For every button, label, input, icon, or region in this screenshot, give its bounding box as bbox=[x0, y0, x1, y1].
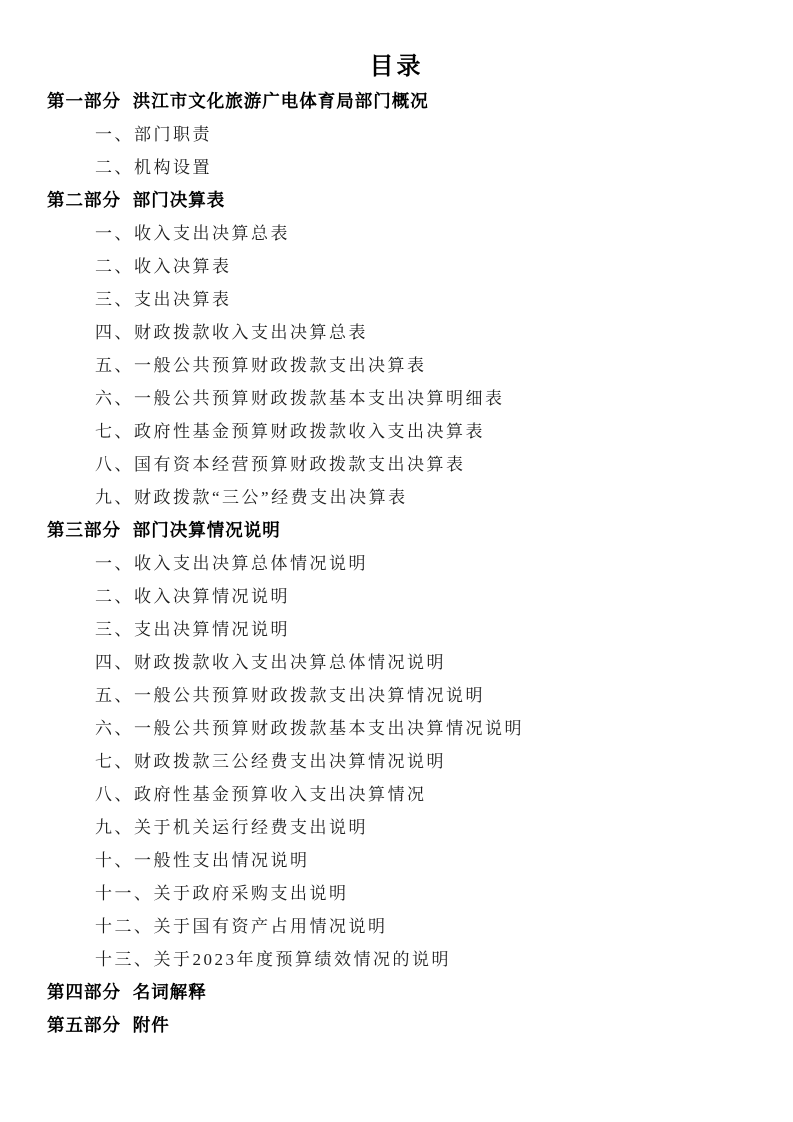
toc-item: 十三、关于2023年度预算绩效情况的说明 bbox=[0, 943, 793, 976]
toc-item: 三、支出决算表 bbox=[0, 283, 793, 316]
table-of-contents: 第一部分 洪江市文化旅游广电体育局部门概况一、部门职责二、机构设置第二部分 部门… bbox=[0, 85, 793, 1042]
toc-item: 八、国有资本经营预算财政拨款支出决算表 bbox=[0, 448, 793, 481]
toc-item: 二、收入决算表 bbox=[0, 250, 793, 283]
toc-item: 四、财政拨款收入支出决算总体情况说明 bbox=[0, 646, 793, 679]
toc-item: 九、财政拨款“三公”经费支出决算表 bbox=[0, 481, 793, 514]
toc-section-heading: 第一部分 洪江市文化旅游广电体育局部门概况 bbox=[0, 85, 793, 118]
toc-section-heading: 第四部分 名词解释 bbox=[0, 976, 793, 1009]
toc-item: 六、一般公共预算财政拨款基本支出决算情况说明 bbox=[0, 712, 793, 745]
toc-item: 一、部门职责 bbox=[0, 118, 793, 151]
toc-item: 三、支出决算情况说明 bbox=[0, 613, 793, 646]
toc-item: 二、机构设置 bbox=[0, 151, 793, 184]
toc-section-heading: 第三部分 部门决算情况说明 bbox=[0, 514, 793, 547]
toc-item: 七、政府性基金预算财政拨款收入支出决算表 bbox=[0, 415, 793, 448]
page-title: 目录 bbox=[0, 0, 793, 85]
toc-item: 一、收入支出决算总表 bbox=[0, 217, 793, 250]
toc-item: 五、一般公共预算财政拨款支出决算表 bbox=[0, 349, 793, 382]
toc-section-heading: 第五部分 附件 bbox=[0, 1009, 793, 1042]
toc-item: 九、关于机关运行经费支出说明 bbox=[0, 811, 793, 844]
toc-item: 五、一般公共预算财政拨款支出决算情况说明 bbox=[0, 679, 793, 712]
toc-item: 六、一般公共预算财政拨款基本支出决算明细表 bbox=[0, 382, 793, 415]
toc-item: 二、收入决算情况说明 bbox=[0, 580, 793, 613]
toc-item: 八、政府性基金预算收入支出决算情况 bbox=[0, 778, 793, 811]
toc-item: 一、收入支出决算总体情况说明 bbox=[0, 547, 793, 580]
toc-item: 七、财政拨款三公经费支出决算情况说明 bbox=[0, 745, 793, 778]
toc-item: 十一、关于政府采购支出说明 bbox=[0, 877, 793, 910]
toc-item: 十、一般性支出情况说明 bbox=[0, 844, 793, 877]
toc-item: 十二、关于国有资产占用情况说明 bbox=[0, 910, 793, 943]
toc-item: 四、财政拨款收入支出决算总表 bbox=[0, 316, 793, 349]
toc-section-heading: 第二部分 部门决算表 bbox=[0, 184, 793, 217]
document-page: 目录 第一部分 洪江市文化旅游广电体育局部门概况一、部门职责二、机构设置第二部分… bbox=[0, 0, 793, 1122]
